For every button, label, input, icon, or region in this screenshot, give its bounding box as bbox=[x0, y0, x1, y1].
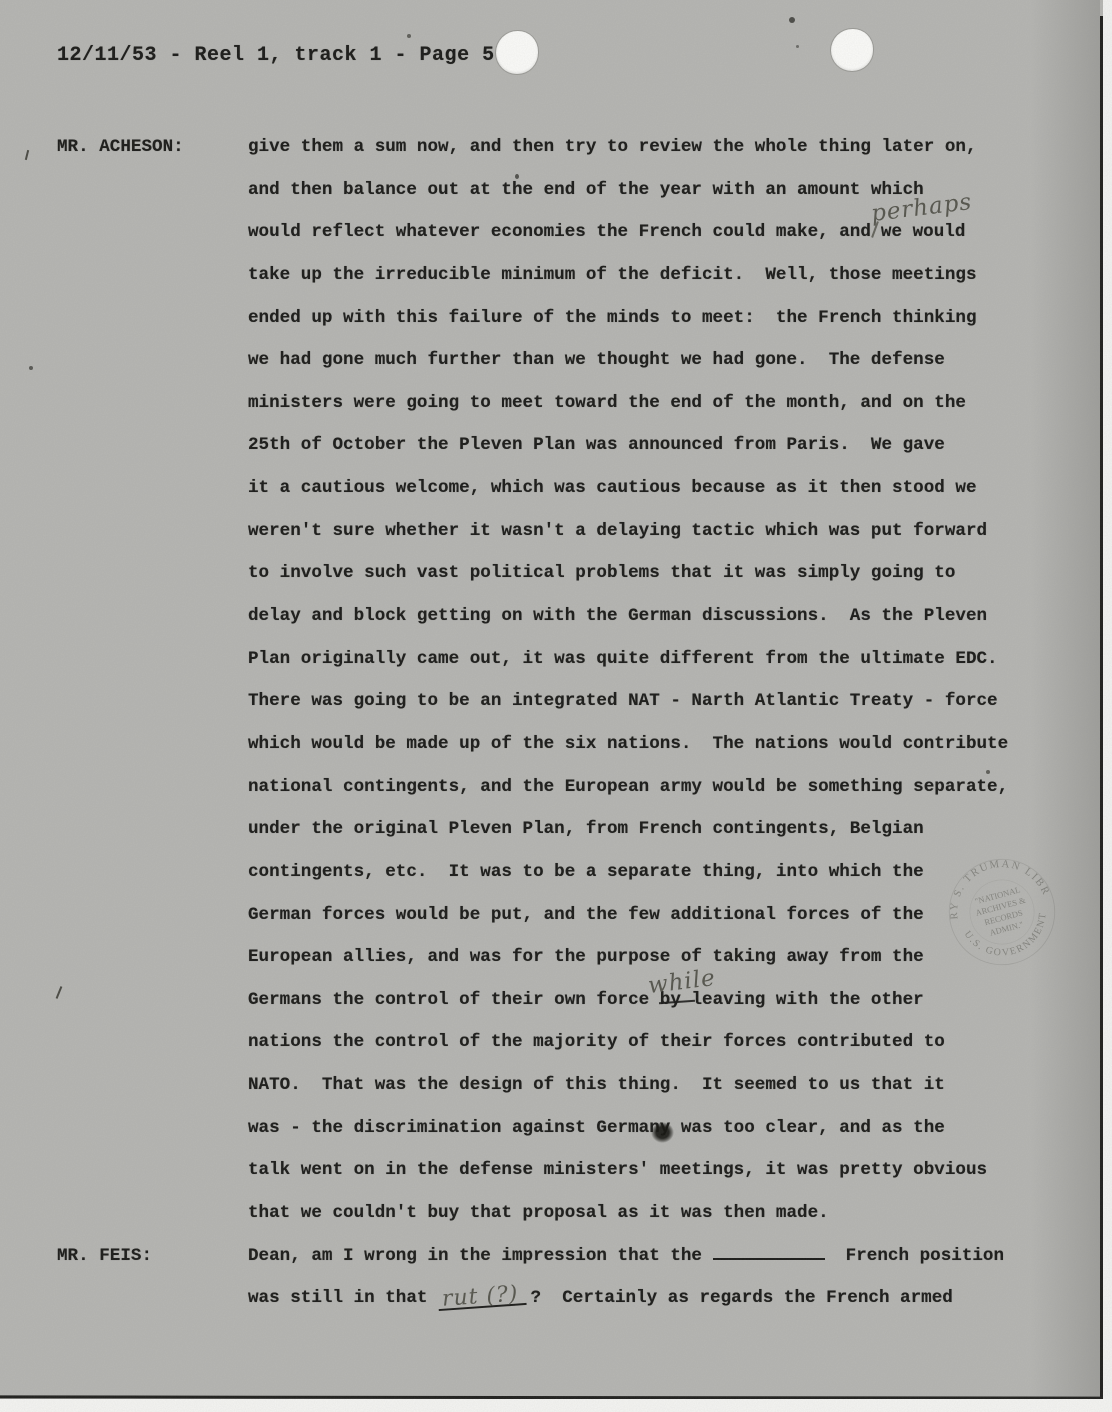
ink-speck bbox=[29, 366, 33, 370]
ink-speck bbox=[515, 174, 519, 179]
speaker-lines: give them a sum now, and then try to rev… bbox=[248, 137, 1112, 1246]
typed-text: leaving with the other bbox=[681, 990, 924, 1010]
typed-text: European allies, and was for the purpose… bbox=[248, 947, 924, 967]
transcript-line: we had gone much further than we thought… bbox=[248, 350, 1112, 393]
speaker-label: MR. FEIS: bbox=[57, 1246, 152, 1266]
transcript-line: Plan originally came out, it was quite d… bbox=[248, 649, 1112, 692]
transcript-line: Dean, am I wrong in the impression that … bbox=[248, 1246, 1112, 1289]
ink-speck bbox=[986, 770, 990, 774]
ink-speck bbox=[789, 17, 795, 23]
transcript-line: give them a sum now, and then try to rev… bbox=[248, 137, 1112, 180]
transcript-line: delay and block getting on with the Germ… bbox=[248, 606, 1112, 649]
typed-text: German forces would be put, and the few … bbox=[248, 905, 924, 925]
edit-anchor: bywhile bbox=[660, 990, 681, 1011]
typed-text: weren't sure whether it wasn't a delayin… bbox=[248, 521, 987, 541]
transcript-line: it a cautious welcome, which was cautiou… bbox=[248, 478, 1112, 521]
transcript-line: and then balance out at the end of the y… bbox=[248, 180, 1112, 223]
transcript-line: take up the irreducible minimum of the d… bbox=[248, 265, 1112, 308]
typed-text: NATO. That was the design of this thing.… bbox=[248, 1075, 945, 1095]
typed-text: and then balance out at the end of the y… bbox=[248, 180, 924, 200]
typed-text: nations the control of the majority of t… bbox=[248, 1032, 945, 1052]
typed-text: to involve such vast political problems … bbox=[248, 563, 955, 583]
typed-text: we had gone much further than we thought… bbox=[248, 350, 945, 370]
typed-text: national contingents, and the European a… bbox=[248, 777, 1008, 797]
typed-text: Germans the control of their own force bbox=[248, 990, 660, 1010]
typed-text: ended up with this failure of the minds … bbox=[248, 308, 977, 328]
transcript-line: that we couldn't buy that proposal as it… bbox=[248, 1203, 1112, 1246]
transcript-line: There was going to be an integrated NAT … bbox=[248, 691, 1112, 734]
scan-background-bottom bbox=[0, 1399, 1112, 1412]
document-page: 12/11/53 - Reel 1, track 1 - Page 5 MR. … bbox=[0, 0, 1112, 1412]
transcript-line: was still in that rut (?)? Certainly as … bbox=[248, 1288, 1112, 1331]
transcript: MR. ACHESON:give them a sum now, and the… bbox=[0, 137, 1112, 1331]
speaker-block: MR. FEIS:Dean, am I wrong in the impress… bbox=[0, 1246, 1112, 1331]
typed-text: Plan originally came out, it was quite d… bbox=[248, 649, 998, 669]
speaker-label: MR. ACHESON: bbox=[57, 137, 184, 157]
transcript-line: to involve such vast political problems … bbox=[248, 563, 1112, 606]
ink-speck bbox=[796, 45, 799, 48]
edit-anchor: perhaps bbox=[871, 234, 881, 236]
typed-text: Dean, am I wrong in the impression that … bbox=[248, 1246, 713, 1266]
blank-underline bbox=[713, 1255, 825, 1260]
speaker-lines: Dean, am I wrong in the impression that … bbox=[248, 1246, 1112, 1331]
transcript-line: talk went on in the defense ministers' m… bbox=[248, 1160, 1112, 1203]
typed-text: was still in that bbox=[248, 1288, 438, 1308]
typed-text: ministers were going to meet toward the … bbox=[248, 393, 966, 413]
transcript-line: ended up with this failure of the minds … bbox=[248, 308, 1112, 351]
transcript-line: weren't sure whether it wasn't a delayin… bbox=[248, 521, 1112, 564]
typed-text: French position bbox=[825, 1246, 1005, 1266]
hole-punch-left bbox=[496, 31, 538, 74]
typed-text: ? Certainly as regards the French armed bbox=[531, 1288, 953, 1308]
scan-background-right bbox=[1103, 0, 1112, 1412]
typed-text: which would be made up of the six nation… bbox=[248, 734, 1008, 754]
typed-text: contingents, etc. It was to be a separat… bbox=[248, 862, 924, 882]
typed-text: talk went on in the defense ministers' m… bbox=[248, 1160, 987, 1180]
hole-punch-right bbox=[831, 29, 873, 71]
typed-text: we would bbox=[881, 222, 965, 242]
typed-text: There was going to be an integrated NAT … bbox=[248, 691, 998, 711]
typed-text: take up the irreducible minimum of the d… bbox=[248, 265, 977, 285]
typed-text: it a cautious welcome, which was cautiou… bbox=[248, 478, 977, 498]
typed-text: 25th of October the Pleven Plan was anno… bbox=[248, 435, 945, 455]
typed-text: that we couldn't buy that proposal as it… bbox=[248, 1203, 829, 1223]
typed-text: was - the discrimination against Germany… bbox=[248, 1118, 945, 1138]
transcript-line: would reflect whatever economies the Fre… bbox=[248, 222, 1112, 265]
typed-text: would reflect whatever economies the Fre… bbox=[248, 222, 871, 242]
paper-edge-shadow bbox=[1030, 0, 1100, 1400]
transcript-line: which would be made up of the six nation… bbox=[248, 734, 1112, 777]
typed-text: delay and block getting on with the Germ… bbox=[248, 606, 987, 626]
transcript-line: ministers were going to meet toward the … bbox=[248, 393, 1112, 436]
typed-text: under the original Pleven Plan, from Fre… bbox=[248, 819, 924, 839]
handwritten-word-underlined: rut (?) bbox=[438, 1286, 528, 1311]
transcript-line: Germans the control of their own force b… bbox=[248, 990, 1112, 1033]
page-header: 12/11/53 - Reel 1, track 1 - Page 5 bbox=[57, 44, 495, 67]
transcript-line: was - the discrimination against Germany… bbox=[248, 1118, 1112, 1161]
transcript-line: 25th of October the Pleven Plan was anno… bbox=[248, 435, 1112, 478]
transcript-line: national contingents, and the European a… bbox=[248, 777, 1112, 820]
typed-text: give them a sum now, and then try to rev… bbox=[248, 137, 977, 157]
ink-speck bbox=[407, 34, 411, 38]
speaker-block: MR. ACHESON:give them a sum now, and the… bbox=[0, 137, 1112, 1246]
transcript-line: nations the control of the majority of t… bbox=[248, 1032, 1112, 1075]
transcript-line: NATO. That was the design of this thing.… bbox=[248, 1075, 1112, 1118]
